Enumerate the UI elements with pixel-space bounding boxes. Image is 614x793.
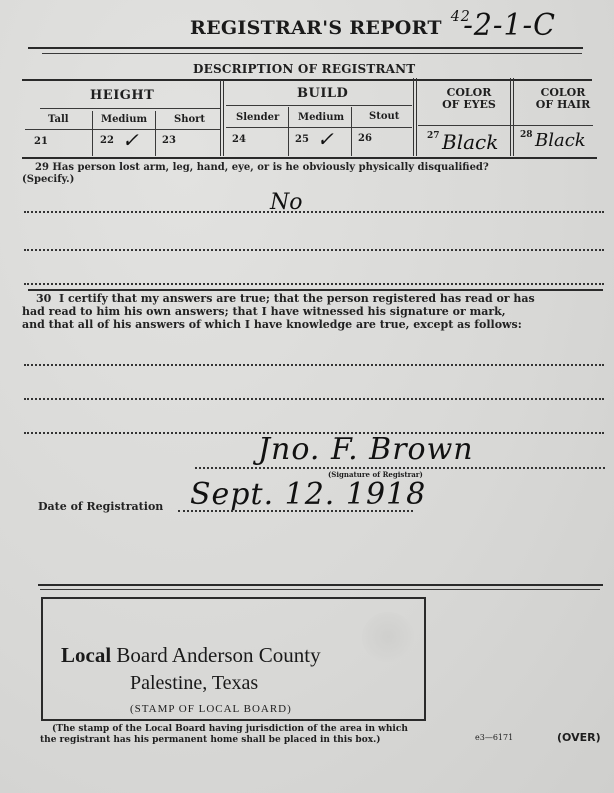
height-sub-rule	[40, 108, 220, 109]
question-29-line2: (Specify.)	[22, 173, 74, 186]
medium-short-divider	[155, 111, 156, 156]
footer-note: (The stamp of the Local Board having jur…	[40, 724, 408, 746]
signature-line	[195, 467, 605, 469]
build-slender-label: Slender	[236, 112, 279, 123]
title-rule	[28, 47, 583, 49]
table-top-rule	[22, 79, 592, 81]
title-rule-2	[42, 53, 582, 54]
cell-24-number: 24	[232, 134, 246, 145]
section-subtitle: DESCRIPTION OF REGISTRANT	[193, 62, 415, 76]
cell-25-number: 25	[295, 134, 309, 145]
cell-21-number: 21	[34, 136, 48, 147]
section-29-rule	[28, 289, 603, 291]
question-29-line1: 29 Has person lost arm, leg, hand, eye, …	[35, 161, 605, 174]
cell-27-number: 27	[427, 131, 440, 141]
build-sub-rule	[226, 105, 412, 106]
height-header: HEIGHT	[90, 88, 154, 103]
eye-color-value: Black	[442, 130, 498, 154]
footer-note-line2: the registrant has his permanent home sh…	[40, 735, 408, 746]
serial-number: 42-2-1-C	[451, 8, 556, 43]
answer-line-3	[24, 283, 604, 285]
question-30-line1: 30 I certify that my answers are true; t…	[22, 292, 610, 305]
cell-25-check-mark: ✓	[317, 127, 334, 151]
over-indicator: (OVER)	[557, 731, 601, 744]
stamp-section-rule	[38, 584, 603, 586]
stamp-caption: (STAMP OF LOCAL BOARD)	[130, 703, 292, 715]
stamp-line-2: Palestine, Texas	[130, 672, 258, 695]
tall-medium-divider	[92, 111, 93, 156]
build-medium-label: Medium	[298, 112, 344, 123]
color-of-eyes-header-line2: OF EYES	[436, 99, 502, 111]
cell-26-number: 26	[358, 133, 372, 144]
cell-22-check-mark: ✓	[122, 128, 139, 152]
height-tall-label: Tall	[48, 114, 69, 125]
build-header: BUILD	[297, 86, 348, 101]
registrar-signature: Jno. F. Brown	[258, 432, 474, 467]
hair-color-value: Black	[535, 130, 586, 151]
footer-note-line1: (The stamp of the Local Board having jur…	[40, 724, 408, 735]
exception-line-1	[24, 364, 604, 366]
cell-23-number: 23	[162, 135, 176, 146]
table-bottom-rule	[22, 157, 597, 159]
question-30-line2: had read to him his own answers; that I …	[22, 305, 610, 318]
slender-medium-divider	[288, 107, 289, 156]
answer-line-1	[24, 211, 604, 213]
color-of-hair-header-line2: OF HAIR	[530, 99, 596, 111]
date-of-registration-label: Date of Registration	[38, 500, 163, 513]
question-29: 29 Has person lost arm, leg, hand, eye, …	[35, 161, 605, 174]
build-eyes-divider	[413, 78, 417, 156]
stamp-line-1: Local Board Anderson County	[61, 643, 321, 668]
stamp-smudge	[362, 612, 414, 662]
question-30-line3: and that all of his answers of which I h…	[22, 318, 610, 331]
height-short-label: Short	[174, 114, 205, 125]
height-build-divider	[220, 80, 224, 156]
build-stout-label: Stout	[369, 111, 399, 122]
document-title: REGISTRAR'S REPORT	[190, 17, 442, 39]
exception-line-2	[24, 398, 604, 400]
date-line	[178, 510, 413, 512]
answer-line-2	[24, 249, 604, 251]
serial-main: -2-1-C	[463, 8, 556, 43]
color-header-rule	[418, 125, 593, 126]
medium-stout-divider	[351, 107, 352, 156]
cell-22-number: 22	[100, 135, 114, 146]
registration-card-back: REGISTRAR'S REPORT 42-2-1-C DESCRIPTION …	[0, 0, 614, 793]
stamp-section-rule-2	[40, 589, 600, 590]
serial-superscript: 42	[451, 7, 471, 25]
color-of-hair-header: COLOR OF HAIR	[530, 87, 596, 111]
form-code: e3—6171	[475, 733, 513, 742]
cell-28-number: 28	[520, 130, 533, 140]
date-of-registration-value: Sept. 12. 1918	[190, 477, 426, 512]
question-30: 30 I certify that my answers are true; t…	[22, 292, 610, 331]
color-of-eyes-header: COLOR OF EYES	[436, 87, 502, 111]
eyes-hair-divider	[510, 78, 514, 156]
height-medium-label: Medium	[101, 114, 147, 125]
